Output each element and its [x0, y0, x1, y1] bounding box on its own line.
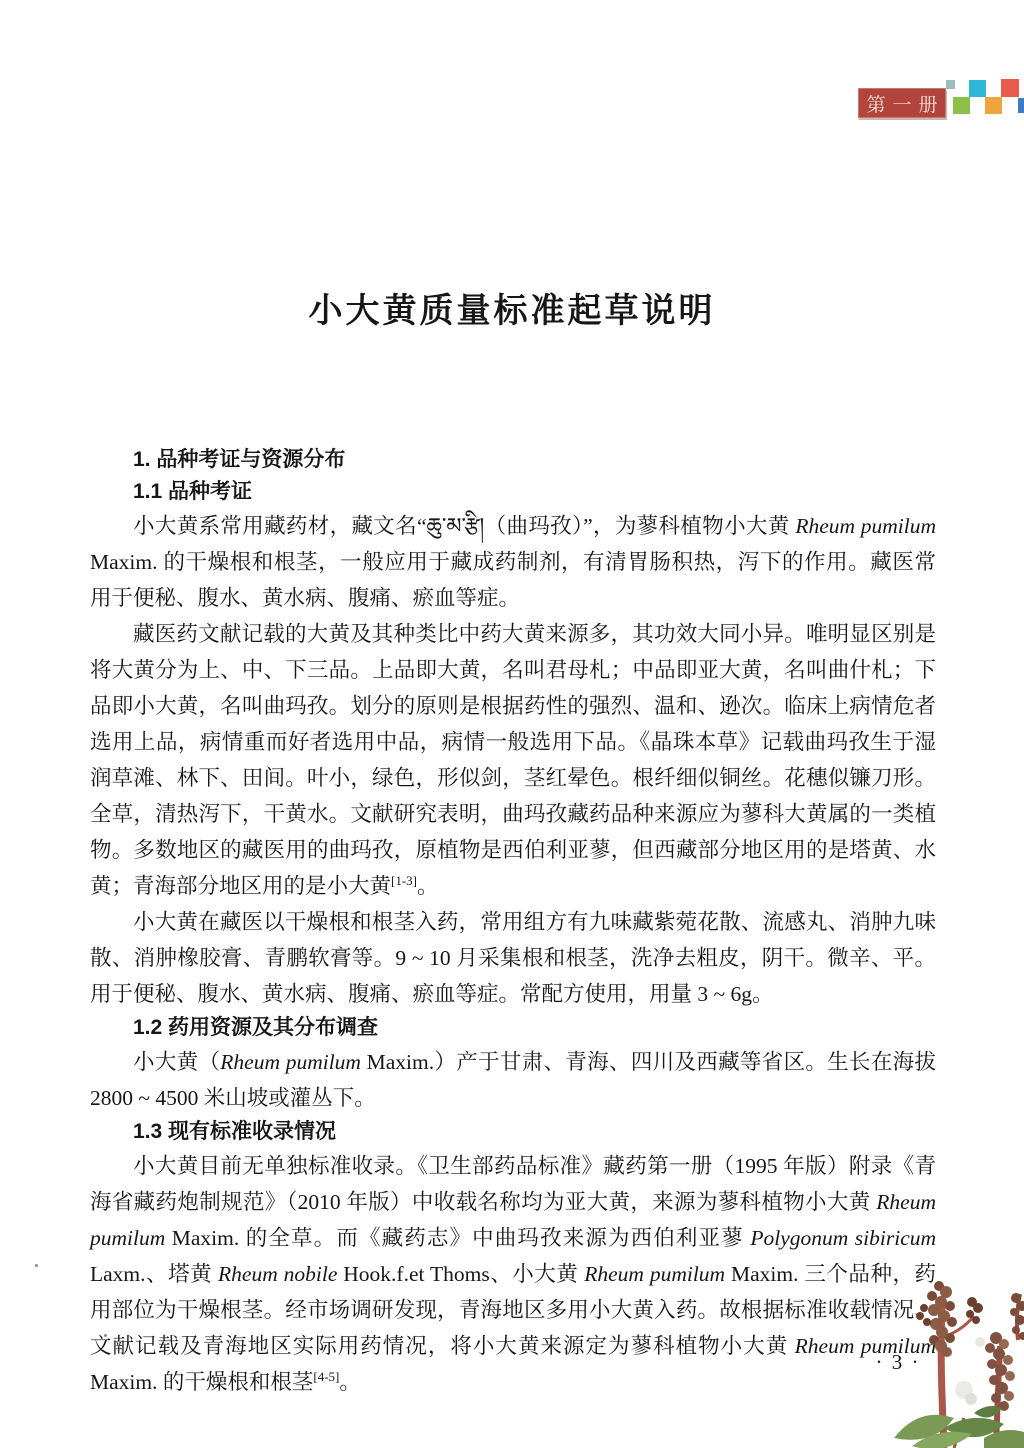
mosaic-square	[1018, 98, 1024, 113]
mosaic-square	[985, 97, 1002, 114]
paragraph: 小大黄在藏医以干燥根和根茎入药，常用组方有九味藏紫菀花散、流感丸、消肿九味散、消…	[90, 904, 936, 1012]
section-heading: 1. 品种考证与资源分布	[90, 444, 936, 476]
volume-label-badge: 第一册	[858, 88, 946, 118]
text-run: 。	[339, 1370, 361, 1394]
latin-name: Rheum pumilum	[220, 1050, 361, 1074]
text-run: 小大黄在藏医以干燥根和根茎入药，常用组方有九味藏紫菀花散、流感丸、消肿九味散、消…	[90, 910, 936, 1006]
document-page: 第一册 小大黄质量标准起草说明 1. 品种考证与资源分布1.1 品种考证小大黄系…	[0, 0, 1024, 1448]
text-run: Laxm.、塔黄	[90, 1262, 218, 1286]
text-run: 小大黄目前无单独标准收录。《卫生部药品标准》藏药第一册（1995 年版）附录《青…	[90, 1154, 936, 1214]
text-run: 。	[417, 874, 439, 898]
text-run: Maxim. 的干燥根和根茎	[90, 1370, 313, 1394]
text-run: 藏医药文献记载的大黄及其种类比中药大黄来源多，其功效大同小异。唯明显区别是将大黄…	[90, 622, 936, 898]
plant-photo	[884, 1278, 1024, 1448]
text-run: 小大黄（	[133, 1050, 220, 1074]
mosaic-square	[969, 80, 986, 97]
scan-speck	[104, 1334, 107, 1337]
citation-superscript: [4-5]	[313, 1369, 339, 1384]
paragraph: 小大黄系常用藏药材，藏文名“ཆུ་མ་རྩི།（曲玛孜）”，为蓼科植物小大黄 R…	[90, 508, 936, 616]
latin-name: Rheum pumilum	[584, 1262, 725, 1286]
content: 1. 品种考证与资源分布1.1 品种考证小大黄系常用藏药材，藏文名“ཆུ་མ་ར…	[90, 444, 936, 1400]
latin-name: Rheum pumilum	[795, 514, 936, 538]
page-title: 小大黄质量标准起草说明	[0, 283, 1024, 332]
text-run: Maxim. 的全草。而《藏药志》中曲玛孜来源为西伯利亚蓼	[165, 1226, 750, 1250]
latin-name: Polygonum sibiricum	[750, 1226, 936, 1250]
section-heading: 1.1 品种考证	[90, 476, 936, 508]
mosaic-square	[946, 80, 955, 89]
text-run: 小大黄系常用藏药材，藏文名“ཆུ་མ་རྩི།（曲玛孜）”，为蓼科植物小大黄	[133, 514, 795, 538]
section-heading: 1.3 现有标准收录情况	[90, 1116, 936, 1148]
text-run: Maxim. 的干燥根和根茎，一般应用于藏成药制剂，有清胃肠积热，泻下的作用。藏…	[90, 550, 936, 610]
mosaic-square	[1001, 79, 1019, 97]
paragraph: 小大黄目前无单独标准收录。《卫生部药品标准》藏药第一册（1995 年版）附录《青…	[90, 1148, 936, 1400]
text-run: Hook.f.et Thoms、小大黄	[337, 1262, 584, 1286]
paragraph: 小大黄（Rheum pumilum Maxim.）产于甘肃、青海、四川及西藏等省…	[90, 1044, 936, 1116]
scan-speck	[35, 1264, 38, 1267]
volume-label: 第一册	[866, 90, 944, 117]
citation-superscript: [1-3]	[391, 873, 417, 888]
mosaic-square	[953, 97, 970, 114]
paragraph: 藏医药文献记载的大黄及其种类比中药大黄来源多，其功效大同小异。唯明显区别是将大黄…	[90, 616, 936, 904]
latin-name: Rheum nobile	[218, 1262, 337, 1286]
section-heading: 1.2 药用资源及其分布调查	[90, 1012, 936, 1044]
